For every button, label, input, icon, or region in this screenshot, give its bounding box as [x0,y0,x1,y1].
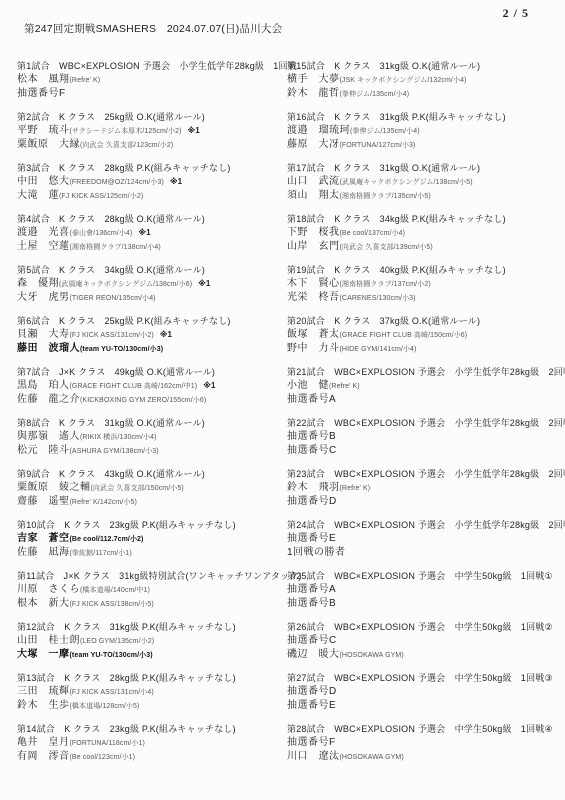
match-title: 第19試合 K クラス 40kg級 P.K(組みキャッチなし) [287,264,561,277]
note-mark: ※1 [170,177,182,186]
match-block: 第14試合 K クラス 23kg級 P.K(組みキャッチなし) 亀井 皇月(FO… [17,723,283,764]
fighter-info: (FORTUNA/127cm/小3) [340,142,416,149]
entry-row: 抽選番号C [287,634,561,648]
match-entries: 松本 風翔(Refre' K) 抽選番号F [17,73,283,101]
match-title: 第27試合 WBC×EXPLOSION 予選会 中学生50kg級 1回戦③ [287,672,561,685]
entry-row: 鈴木 龍哲(拳伸ジム/135cm/小4) [287,87,561,101]
match-entries: 抽選番号B 抽選番号C [287,430,561,458]
fighter-info: (湘南格闘クラブ/138cm/小4) [70,244,161,251]
match-block: 第18試合 K クラス 34kg級 P.K(組みキャッチなし) 下野 桜我(Be… [287,213,561,254]
fighter-info: (FREEDOM@OZ/124cm/小3) [70,179,164,186]
fighter-name: 抽選番号B [287,598,336,609]
match-block: 第20試合 K クラス 37kg級 O.K(通常ルール) 飯塚 蒼太(GRACE… [287,315,561,356]
entry-row: 抽選番号D [287,495,561,509]
match-entries: 亀井 皇月(FORTUNA/118cm/小1) 有岡 澪音(Be cool/12… [17,736,283,764]
entry-row: 吉家 蒼空(Be cool/112.7cm/小2) [17,532,283,546]
match-entries: 黒島 珀人(GRACE FIGHT CLUB 高崎/162cm/中1)※1 佐藤… [17,379,283,407]
match-block: 第6試合 K クラス 25kg級 P.K(組みキャッチなし) 貝瀬 大寿(FJ … [17,315,283,356]
match-entries: 抽選番号A 抽選番号B [287,583,561,611]
fighter-name: 抽選番号A [287,584,336,595]
match-block: 第4試合 K クラス 28kg級 O.K(通常ルール) 渡邉 光喜(泰山會/13… [17,213,283,254]
fighter-info: (ASHURA GYM/138cm/小3) [70,448,159,455]
entry-row: 鈴木 生歩(橋本道場/128cm/小5) [17,699,283,713]
match-block: 第10試合 K クラス 23kg級 P.K(組みキャッチなし) 吉家 蒼空(Be… [17,519,283,560]
fighter-info: (HOSOKAWA GYM) [340,754,404,761]
entry-row: 大牙 虎男(TIGER REON/135cm/小4) [17,291,283,305]
match-entries: 森 優翔(武風庵キックボクシングジム/138cm/小6)※1 大牙 虎男(TIG… [17,277,283,305]
match-title: 第1試合 WBC×EXPLOSION 予選会 小学生低学年28kg級 1回戦 [17,60,283,73]
fighter-name: 吉家 蒼空 [17,533,70,544]
fighter-name: 平野 琉斗 [17,125,70,136]
fighter-info: (Be cool/112.7cm/小2) [70,536,144,543]
entry-row: 抽選番号E [287,699,561,713]
fighter-info: (橋本道場/140cm/中1) [80,587,150,594]
match-title: 第23試合 WBC×EXPLOSION 予選会 小学生低学年28kg級 2回戦③ [287,468,561,481]
entry-row: 亀井 皇月(FORTUNA/118cm/小1) [17,736,283,750]
entry-row: 土屋 空蓮(湘南格闘クラブ/138cm/小4) [17,240,283,254]
match-title: 第22試合 WBC×EXPLOSION 予選会 小学生低学年28kg級 2回戦② [287,417,561,430]
match-block: 第13試合 K クラス 28kg級 P.K(組みキャッチなし) 三田 琉輝(FJ… [17,672,283,713]
entry-row: 根本 新大(FJ KICK ASS/138cm/小5) [17,597,283,611]
fighter-info: (武風庵キックボクシングジム/138cm/小6) [59,281,192,288]
entry-row: 鈴木 飛羽(Refre' K) [287,481,561,495]
entry-row: 三田 琉輝(FJ KICK ASS/131cm/小4) [17,685,283,699]
document-title: 第247回定期戦SMASHERS 2024.07.07(日)品川大会 [24,21,282,36]
fighter-name: 粟飯原 綾之輔 [17,482,91,493]
fighter-name: 佐藤 凪海 [17,547,70,558]
fighter-name: 土屋 空蓮 [17,241,70,252]
match-entries: 平野 琉斗(サクシードジム本厚木/125cm/小2)※1 粟飯原 大縁(向武会 … [17,124,283,152]
entry-row: 大塚 一摩(team YU-TO/130cm/小3) [17,648,283,662]
match-entries: 三田 琉輝(FJ KICK ASS/131cm/小4) 鈴木 生歩(橋本道場/1… [17,685,283,713]
fighter-name: 粟飯原 大縁 [17,139,80,150]
match-block: 第3試合 K クラス 28kg級 P.K(組みキャッチなし) 中田 悠大(FRE… [17,162,283,203]
match-title: 第18試合 K クラス 34kg級 P.K(組みキャッチなし) [287,213,561,226]
entry-row: 松本 風翔(Refre' K) [17,73,283,87]
entry-row: 野中 力斗(HIDE GYM/141cm/小4) [287,342,561,356]
match-block: 第9試合 K クラス 43kg級 O.K(通常ルール) 粟飯原 綾之輔(向武会 … [17,468,283,509]
fighter-info: (HIDE GYM/141cm/小4) [340,346,417,353]
fighter-info: (泰山會/136cm/小4) [70,230,133,237]
fighter-name: 鈴木 龍哲 [287,88,340,99]
fighter-name: 齋藤 遥聖 [17,496,70,507]
fighter-name: 山口 武流 [287,176,340,187]
fighter-info: (向武会 久喜支部/139cm/小5) [340,244,433,251]
fighter-info: (Refre' K) [329,383,360,390]
match-block: 第8試合 K クラス 31kg級 O.K(通常ルール) 與那嶺 遙人(RIKIX… [17,417,283,458]
fighter-name: 抽選番号A [287,394,336,405]
note-mark: ※1 [203,381,215,390]
fighter-info: (湘南格闘クラブ/137cm/小2) [340,281,431,288]
fighter-name: 横手 大夢 [287,74,340,85]
fighter-info: (橋本道場/128cm/小5) [70,703,140,710]
entry-row: 山口 武流(武風庵キックボクシングジム/138cm/小5) [287,175,561,189]
match-entries: 抽選番号E 1回戦の勝者 [287,532,561,560]
fighter-name: 1回戦の勝者 [287,547,346,558]
match-title: 第24試合 WBC×EXPLOSION 予選会 小学生低学年28kg級 2回戦④ [287,519,561,532]
fighter-info: (team YU-TO/130cm/小3) [80,346,163,353]
entry-row: 下野 桜我(Be cool/137cm/小4) [287,226,561,240]
entry-row: 松元 陸斗(ASHURA GYM/138cm/小3) [17,444,283,458]
fighter-name: 大牙 虎男 [17,292,70,303]
fighter-info: (Refre' K/142cm/小5) [70,499,137,506]
fighter-name: 小池 健 [287,380,329,391]
entry-row: 木下 賢心(湘南格闘クラブ/137cm/小2) [287,277,561,291]
match-title: 第2試合 K クラス 25kg級 O.K(通常ルール) [17,111,283,124]
fighter-name: 與那嶺 遙人 [17,431,80,442]
entry-row: 粟飯原 大縁(向武会 久喜支部/123cm/小2) [17,138,283,152]
entry-row: 須山 翔太(湘南格闘クラブ/135cm/小5) [287,189,561,203]
entry-row: 川原 さくら(橋本道場/140cm/中1) [17,583,283,597]
entry-row: 黒島 珀人(GRACE FIGHT CLUB 高崎/162cm/中1)※1 [17,379,283,393]
match-entries: 飯塚 蒼太(GRACE FIGHT CLUB 高崎/150cm/小6) 野中 力… [287,328,561,356]
fighter-info: (Be cool/123cm/小1) [70,754,136,761]
fighter-name: 木下 賢心 [287,278,340,289]
fighter-name: 飯塚 蒼太 [287,329,340,340]
match-block: 第17試合 K クラス 31kg級 O.K(通常ルール) 山口 武流(武風庵キッ… [287,162,561,203]
fighter-name: 大塚 一摩 [17,649,70,660]
fighter-name: 磯辺 暖大 [287,649,340,660]
fighter-info: (GRACE FIGHT CLUB 高崎/162cm/中1) [70,383,198,390]
fighter-info: (向武会 久喜支部/123cm/小2) [80,142,173,149]
entry-row: 磯辺 暖大(HOSOKAWA GYM) [287,648,561,662]
fighter-name: 渡邉 瑠琉珂 [287,125,350,136]
note-mark: ※1 [188,126,200,135]
fighter-info: (GRACE FIGHT CLUB 高崎/150cm/小6) [340,332,468,339]
fighter-name: 抽選番号F [287,737,336,748]
fighter-name: 抽選番号F [17,88,66,99]
match-title: 第4試合 K クラス 28kg級 O.K(通常ルール) [17,213,283,226]
fighter-info: (Refre' K) [70,77,101,84]
match-title: 第12試合 K クラス 31kg級 P.K(組みキャッチなし) [17,621,283,634]
entry-row: 横手 大夢(JSK キックボクシングジム/132cm/小4) [287,73,561,87]
entry-row: 飯塚 蒼太(GRACE FIGHT CLUB 高崎/150cm/小6) [287,328,561,342]
entry-row: 藤田 波瑠人(team YU-TO/130cm/小3) [17,342,283,356]
match-entries: 木下 賢心(湘南格闘クラブ/137cm/小2) 光栄 柊吾(CARENES/13… [287,277,561,305]
fighter-info: (RIKIX 横浜/130cm/小4) [80,434,157,441]
match-title: 第17試合 K クラス 31kg級 O.K(通常ルール) [287,162,561,175]
note-mark: ※1 [198,279,210,288]
fighter-name: 中田 悠大 [17,176,70,187]
match-title: 第26試合 WBC×EXPLOSION 予選会 中学生50kg級 1回戦② [287,621,561,634]
match-block: 第25試合 WBC×EXPLOSION 予選会 中学生50kg級 1回戦① 抽選… [287,570,561,611]
fighter-name: 抽選番号C [287,445,337,456]
fighter-name: 三田 琉輝 [17,686,70,697]
fighter-name: 川原 さくら [17,584,80,595]
entry-row: 藤原 大冴(FORTUNA/127cm/小3) [287,138,561,152]
entry-row: 中田 悠大(FREEDOM@OZ/124cm/小3)※1 [17,175,283,189]
fighter-name: 亀井 皇月 [17,737,70,748]
entry-row: 有岡 澪音(Be cool/123cm/小1) [17,750,283,764]
match-entries: 川原 さくら(橋本道場/140cm/中1) 根本 新大(FJ KICK ASS/… [17,583,283,611]
fighter-name: 抽選番号D [287,496,337,507]
match-block: 第12試合 K クラス 31kg級 P.K(組みキャッチなし) 山田 桂士朗(L… [17,621,283,662]
entry-row: 佐藤 凪海(拳紘館/117cm/小1) [17,546,283,560]
match-entries: 渡邉 光喜(泰山會/136cm/小4)※1 土屋 空蓮(湘南格闘クラブ/138c… [17,226,283,254]
entry-row: 抽選番号F [287,736,561,750]
fighter-info: (FJ KICK ASS/131cm/小4) [70,689,154,696]
fighter-info: (CARENES/130cm/小3) [340,295,416,302]
fighter-info: (FORTUNA/118cm/小1) [70,740,145,747]
match-block: 第15試合 K クラス 31kg級 O.K(通常ルール) 横手 大夢(JSK キ… [287,60,561,101]
fighter-info: (Be cool/137cm/小4) [340,230,406,237]
match-title: 第6試合 K クラス 25kg級 P.K(組みキャッチなし) [17,315,283,328]
entry-row: 平野 琉斗(サクシードジム本厚木/125cm/小2)※1 [17,124,283,138]
match-block: 第23試合 WBC×EXPLOSION 予選会 小学生低学年28kg級 2回戦③… [287,468,561,509]
entry-row: 渡邉 光喜(泰山會/136cm/小4)※1 [17,226,283,240]
fighter-name: 須山 翔太 [287,190,340,201]
fighter-info: (JSK キックボクシングジム/132cm/小4) [340,77,467,84]
fighter-name: 佐藤 龍之介 [17,394,80,405]
match-entries: 下野 桜我(Be cool/137cm/小4) 山岸 玄門(向武会 久喜支部/1… [287,226,561,254]
fighter-name: 藤原 大冴 [287,139,340,150]
fighter-name: 下野 桜我 [287,227,340,238]
match-block: 第1試合 WBC×EXPLOSION 予選会 小学生低学年28kg級 1回戦 松… [17,60,283,101]
match-block: 第7試合 J×K クラス 49kg級 O.K(通常ルール) 黒島 珀人(GRAC… [17,366,283,407]
entry-row: 大滝 蓮(FJ KICK ASS/125cm/小2) [17,189,283,203]
fighter-info: (FJ KICK ASS/131cm/小2) [70,332,154,339]
entry-row: 山田 桂士朗(LEO GYM/135cm/小2) [17,634,283,648]
match-title: 第20試合 K クラス 37kg級 O.K(通常ルール) [287,315,561,328]
match-entries: 抽選番号D 抽選番号E [287,685,561,713]
note-mark: ※1 [160,330,172,339]
fighter-name: 鈴木 飛羽 [287,482,340,493]
match-list-left: 第1試合 WBC×EXPLOSION 予選会 小学生低学年28kg級 1回戦 松… [17,60,283,774]
fighter-name: 松本 風翔 [17,74,70,85]
match-block: 第11試合 J×K クラス 31kg級特別試合(ワンキャッチワンアタック) 川原… [17,570,283,611]
note-mark: ※1 [138,228,150,237]
match-block: 第2試合 K クラス 25kg級 O.K(通常ルール) 平野 琉斗(サクシードジ… [17,111,283,152]
match-entries: 中田 悠大(FREEDOM@OZ/124cm/小3)※1 大滝 蓮(FJ KIC… [17,175,283,203]
fighter-info: (拳伸ジム/135cm/小4) [340,91,410,98]
match-title: 第13試合 K クラス 28kg級 P.K(組みキャッチなし) [17,672,283,685]
fighter-name: 黒島 珀人 [17,380,70,391]
match-entries: 鈴木 飛羽(Refre' K) 抽選番号D [287,481,561,509]
match-title: 第10試合 K クラス 23kg級 P.K(組みキャッチなし) [17,519,283,532]
match-block: 第24試合 WBC×EXPLOSION 予選会 小学生低学年28kg級 2回戦④… [287,519,561,560]
fighter-name: 抽選番号B [287,431,336,442]
entry-row: 抽選番号E [287,532,561,546]
entry-row: 抽選番号B [287,430,561,444]
match-entries: 小池 健(Refre' K) 抽選番号A [287,379,561,407]
match-block: 第5試合 K クラス 34kg級 O.K(通常ルール) 森 優翔(武風庵キックボ… [17,264,283,305]
entry-row: 小池 健(Refre' K) [287,379,561,393]
match-entries: 横手 大夢(JSK キックボクシングジム/132cm/小4) 鈴木 龍哲(拳伸ジ… [287,73,561,101]
fighter-name: 森 優翔 [17,278,59,289]
entry-row: 抽選番号D [287,685,561,699]
fighter-info: (サクシードジム本厚木/125cm/小2) [70,128,182,135]
entry-row: 粟飯原 綾之輔(向武会 久喜支部/150cm/小5) [17,481,283,495]
match-title: 第9試合 K クラス 43kg級 O.K(通常ルール) [17,468,283,481]
match-title: 第15試合 K クラス 31kg級 O.K(通常ルール) [287,60,561,73]
entry-row: 川口 遼汰(HOSOKAWA GYM) [287,750,561,764]
fighter-name: 有岡 澪音 [17,751,70,762]
match-block: 第21試合 WBC×EXPLOSION 予選会 小学生低学年28kg級 2回戦①… [287,366,561,407]
fighter-name: 抽選番号E [287,700,336,711]
match-entries: 山田 桂士朗(LEO GYM/135cm/小2) 大塚 一摩(team YU-T… [17,634,283,662]
fighter-name: 抽選番号E [287,533,336,544]
match-entries: 渡邉 瑠琉珂(拳伸ジム/135cm/小4) 藤原 大冴(FORTUNA/127c… [287,124,561,152]
match-block: 第26試合 WBC×EXPLOSION 予選会 中学生50kg級 1回戦② 抽選… [287,621,561,662]
fighter-info: (FJ KICK ASS/138cm/小5) [70,601,154,608]
page-number: 2 / 5 [503,6,529,21]
match-title: 第7試合 J×K クラス 49kg級 O.K(通常ルール) [17,366,283,379]
entry-row: 1回戦の勝者 [287,546,561,560]
fighter-name: 鈴木 生歩 [17,700,70,711]
match-title: 第3試合 K クラス 28kg級 P.K(組みキャッチなし) [17,162,283,175]
match-entries: 抽選番号C 磯辺 暖大(HOSOKAWA GYM) [287,634,561,662]
match-entries: 山口 武流(武風庵キックボクシングジム/138cm/小5) 須山 翔太(湘南格闘… [287,175,561,203]
fighter-name: 光栄 柊吾 [287,292,340,303]
fighter-info: (拳紘館/117cm/小1) [70,550,132,557]
fighter-name: 大滝 蓮 [17,190,59,201]
match-block: 第22試合 WBC×EXPLOSION 予選会 小学生低学年28kg級 2回戦②… [287,417,561,458]
fighter-info: (Refre' K) [340,485,371,492]
match-title: 第25試合 WBC×EXPLOSION 予選会 中学生50kg級 1回戦① [287,570,561,583]
entry-row: 抽選番号B [287,597,561,611]
fighter-info: (FJ KICK ASS/125cm/小2) [59,193,143,200]
fighter-name: 貝瀬 大寿 [17,329,70,340]
fighter-name: 野中 力斗 [287,343,340,354]
match-block: 第16試合 K クラス 31kg級 P.K(組みキャッチなし) 渡邉 瑠琉珂(拳… [287,111,561,152]
entry-row: 抽選番号A [287,393,561,407]
entry-row: 與那嶺 遙人(RIKIX 横浜/130cm/小4) [17,430,283,444]
entry-row: 抽選番号F [17,87,283,101]
fighter-name: 藤田 波瑠人 [17,343,80,354]
fighter-info: (HOSOKAWA GYM) [340,652,404,659]
fighter-name: 松元 陸斗 [17,445,70,456]
fighter-name: 根本 新大 [17,598,70,609]
match-title: 第8試合 K クラス 31kg級 O.K(通常ルール) [17,417,283,430]
match-block: 第27試合 WBC×EXPLOSION 予選会 中学生50kg級 1回戦③ 抽選… [287,672,561,713]
fighter-info: (向武会 久喜支部/150cm/小5) [91,485,184,492]
fighter-info: (TIGER REON/135cm/小4) [70,295,156,302]
fighter-name: 川口 遼汰 [287,751,340,762]
match-title: 第16試合 K クラス 31kg級 P.K(組みキャッチなし) [287,111,561,124]
entry-row: 渡邉 瑠琉珂(拳伸ジム/135cm/小4) [287,124,561,138]
fighter-name: 山岸 玄門 [287,241,340,252]
match-entries: 抽選番号F 川口 遼汰(HOSOKAWA GYM) [287,736,561,764]
match-entries: 與那嶺 遙人(RIKIX 横浜/130cm/小4) 松元 陸斗(ASHURA G… [17,430,283,458]
entry-row: 齋藤 遥聖(Refre' K/142cm/小5) [17,495,283,509]
match-title: 第14試合 K クラス 23kg級 P.K(組みキャッチなし) [17,723,283,736]
entry-row: 抽選番号C [287,444,561,458]
fighter-name: 抽選番号D [287,686,337,697]
fighter-name: 渡邉 光喜 [17,227,70,238]
match-entries: 粟飯原 綾之輔(向武会 久喜支部/150cm/小5) 齋藤 遥聖(Refre' … [17,481,283,509]
match-list-right: 第15試合 K クラス 31kg級 O.K(通常ルール) 横手 大夢(JSK キ… [287,60,561,774]
fighter-info: (LEO GYM/135cm/小2) [80,638,154,645]
match-entries: 貝瀬 大寿(FJ KICK ASS/131cm/小2)※1 藤田 波瑠人(tea… [17,328,283,356]
match-title: 第28試合 WBC×EXPLOSION 予選会 中学生50kg級 1回戦④ [287,723,561,736]
fighter-name: 山田 桂士朗 [17,635,80,646]
match-title: 第21試合 WBC×EXPLOSION 予選会 小学生低学年28kg級 2回戦① [287,366,561,379]
entry-row: 森 優翔(武風庵キックボクシングジム/138cm/小6)※1 [17,277,283,291]
entry-row: 抽選番号A [287,583,561,597]
entry-row: 山岸 玄門(向武会 久喜支部/139cm/小5) [287,240,561,254]
fighter-name: 抽選番号C [287,635,337,646]
fighter-info: (拳伸ジム/135cm/小4) [350,128,420,135]
entry-row: 貝瀬 大寿(FJ KICK ASS/131cm/小2)※1 [17,328,283,342]
fighter-info: (KICKBOXING GYM ZERO/155cm/小6) [80,397,206,404]
match-title: 第11試合 J×K クラス 31kg級特別試合(ワンキャッチワンアタック) [17,570,283,583]
match-block: 第19試合 K クラス 40kg級 P.K(組みキャッチなし) 木下 賢心(湘南… [287,264,561,305]
fighter-info: (武風庵キックボクシングジム/138cm/小5) [340,179,473,186]
entry-row: 佐藤 龍之介(KICKBOXING GYM ZERO/155cm/小6) [17,393,283,407]
match-entries: 吉家 蒼空(Be cool/112.7cm/小2) 佐藤 凪海(拳紘館/117c… [17,532,283,560]
match-title: 第5試合 K クラス 34kg級 O.K(通常ルール) [17,264,283,277]
match-block: 第28試合 WBC×EXPLOSION 予選会 中学生50kg級 1回戦④ 抽選… [287,723,561,764]
fighter-info: (team YU-TO/130cm/小3) [70,652,153,659]
fighter-info: (湘南格闘クラブ/135cm/小5) [340,193,431,200]
entry-row: 光栄 柊吾(CARENES/130cm/小3) [287,291,561,305]
